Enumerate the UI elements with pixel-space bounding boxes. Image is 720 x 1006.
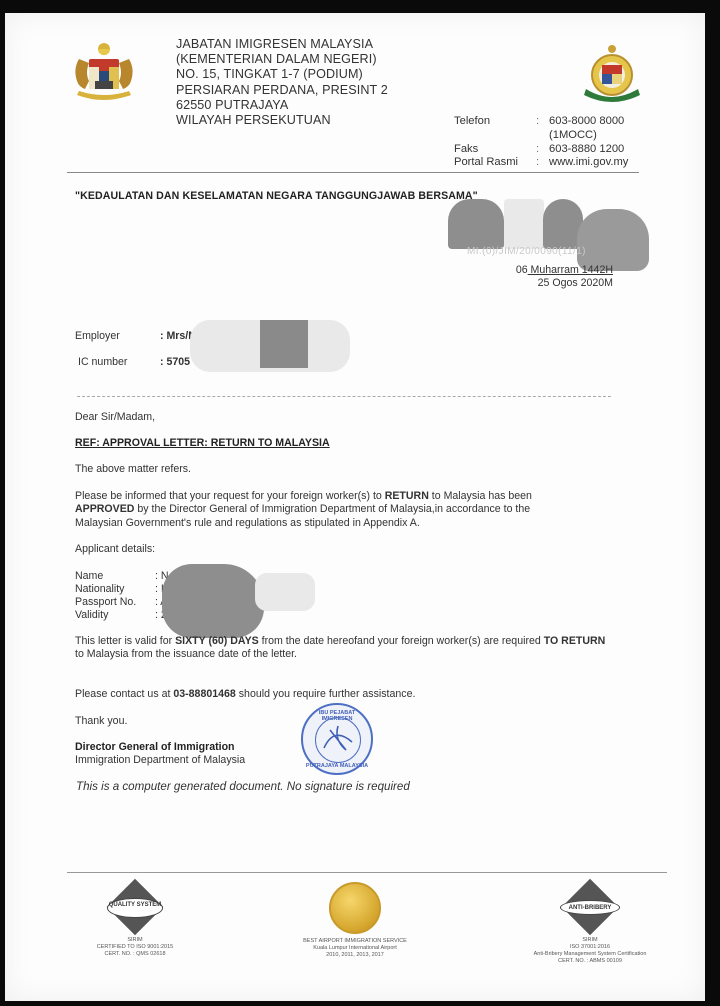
award-line: Kuala Lumpur International Airport bbox=[290, 945, 420, 952]
portal-label: Portal Rasmi bbox=[454, 156, 536, 170]
contact-paragraph: Please contact us at 03-88801468 should … bbox=[75, 688, 415, 701]
contact-phone: 03-88801468 bbox=[173, 688, 235, 700]
redaction-mark bbox=[162, 564, 264, 638]
text-bold: RETURN bbox=[385, 490, 429, 502]
text: Please contact us at bbox=[75, 688, 173, 700]
section-divider bbox=[77, 396, 611, 397]
faks-value: 603-8880 1200 bbox=[549, 143, 624, 157]
contact-block: Telefon : 603-8000 8000 (1MOCC) Faks : 6… bbox=[454, 115, 628, 170]
address-line: NO. 15, TINGKAT 1-7 (PODIUM) bbox=[176, 67, 388, 82]
gregorian-date: 25 Ogos 2020M bbox=[516, 277, 613, 290]
thanks: Thank you. bbox=[75, 715, 127, 728]
portal-link[interactable]: www.imi.gov.my bbox=[549, 156, 628, 170]
ic-value: : 5705 bbox=[160, 356, 190, 368]
department-address: JABATAN IMIGRESEN MALAYSIA (KEMENTERIAN … bbox=[176, 37, 388, 128]
reference-number: MI.(0)/JIM/20/0090(11/1) bbox=[467, 246, 586, 257]
text: Please be informed that your request for… bbox=[75, 490, 385, 502]
text: to Malaysia has been bbox=[429, 490, 532, 502]
award-line: BEST AIRPORT IMMIGRATION SERVICE bbox=[290, 938, 420, 945]
applicant-details: Name: N Nationality: I Passport No.: A V… bbox=[75, 570, 173, 622]
text-bold: TO RETURN bbox=[544, 635, 606, 647]
redaction-mark bbox=[260, 320, 308, 368]
cert-org: SIRIM bbox=[85, 937, 185, 944]
letter-page: JABATAN IMIGRESEN MALAYSIA (KEMENTERIAN … bbox=[5, 13, 705, 1001]
cert-line: ISO 37001:2016 bbox=[520, 944, 660, 951]
address-line: (KEMENTERIAN DALAM NEGERI) bbox=[176, 52, 388, 67]
computer-generated-note: This is a computer generated document. N… bbox=[76, 780, 410, 793]
signatory-dept: Immigration Department of Malaysia bbox=[75, 754, 245, 767]
hijri-date: Muharram 1442H bbox=[528, 264, 613, 276]
address-line: 62550 PUTRAJAYA bbox=[176, 98, 388, 113]
address-line: JABATAN IMIGRESEN MALAYSIA bbox=[176, 37, 388, 52]
hijri-day: 06 bbox=[516, 264, 528, 276]
approval-paragraph: Please be informed that your request for… bbox=[75, 490, 575, 530]
quality-system-cert: QUALITY SYSTEM SIRIM CERTIFIED TO ISO 90… bbox=[85, 879, 185, 958]
best-airport-award: BEST AIRPORT IMMIGRATION SERVICE Kuala L… bbox=[290, 882, 420, 959]
text: should you require further assistance. bbox=[236, 688, 416, 700]
redaction-mark bbox=[448, 199, 504, 249]
applicant-heading: Applicant details: bbox=[75, 543, 155, 556]
field-label: Nationality bbox=[75, 583, 155, 596]
quality-badge-label: QUALITY SYSTEM bbox=[107, 898, 163, 918]
faks-label: Faks bbox=[454, 143, 536, 157]
signatory-title: Director General of Immigration bbox=[75, 741, 235, 754]
telefon-value: 603-8000 8000 bbox=[549, 115, 624, 129]
motto: "KEDAULATAN DAN KESELAMATAN NEGARA TANGG… bbox=[75, 190, 478, 202]
telefon-value-2: (1MOCC) bbox=[549, 129, 597, 143]
footer-divider bbox=[67, 872, 667, 873]
validity-paragraph: This letter is valid for SIXTY (60) DAYS… bbox=[75, 635, 610, 662]
header-divider bbox=[67, 172, 639, 173]
cert-line: Anti-Bribery Management System Certifica… bbox=[520, 951, 660, 958]
separator: : bbox=[536, 115, 549, 129]
text: This letter is valid for bbox=[75, 635, 175, 647]
text: to Malaysia from the issuance date of th… bbox=[75, 648, 297, 660]
text-bold: SIXTY (60) DAYS bbox=[175, 635, 259, 647]
ref-title: REF: APPROVAL LETTER: RETURN TO MALAYSIA bbox=[75, 437, 330, 450]
text-bold: APPROVED bbox=[75, 503, 134, 515]
field-label: Validity bbox=[75, 609, 155, 622]
redaction-mark bbox=[504, 199, 544, 249]
telefon-label: Telefon bbox=[454, 115, 536, 129]
official-stamp: IBU PEJABAT IMIGRESEN PUTRAJAYA MALAYSIA bbox=[301, 703, 373, 775]
field-label: Passport No. bbox=[75, 596, 155, 609]
stamp-emblem-icon bbox=[315, 717, 361, 763]
ic-label: IC number bbox=[78, 356, 127, 368]
employer-label: Employer bbox=[75, 330, 120, 342]
award-medal-icon bbox=[329, 882, 381, 934]
separator: : bbox=[536, 143, 549, 157]
anti-bribery-badge-label: ANTI-BRIBERY bbox=[560, 900, 620, 915]
salutation: Dear Sir/Madam, bbox=[75, 411, 155, 424]
immigration-department-crest-icon bbox=[582, 43, 642, 107]
cert-org: SIRIM bbox=[520, 937, 660, 944]
address-line: WILAYAH PERSEKUTUAN bbox=[176, 113, 388, 128]
cert-line: CERT. NO. : ABMS 00109 bbox=[520, 958, 660, 965]
text: by the Director General of Immigration D… bbox=[75, 503, 530, 528]
award-line: 2010, 2011, 2013, 2017 bbox=[290, 952, 420, 959]
anti-bribery-cert: ANTI-BRIBERY SIRIM ISO 37001:2016 Anti-B… bbox=[520, 879, 660, 965]
address-line: PERSIARAN PERDANA, PRESINT 2 bbox=[176, 83, 388, 98]
malaysia-coat-of-arms-icon bbox=[67, 41, 141, 105]
cert-line: CERT. NO. : QMS 02618 bbox=[85, 951, 185, 958]
letter-date: 06 Muharram 1442H 25 Ogos 2020M bbox=[516, 264, 613, 290]
stamp-bottom-text: PUTRAJAYA MALAYSIA bbox=[303, 763, 371, 769]
field-label: Name bbox=[75, 570, 155, 583]
text: from the date hereofand your foreign wor… bbox=[259, 635, 544, 647]
intro-text: The above matter refers. bbox=[75, 463, 191, 476]
separator: : bbox=[536, 156, 549, 170]
redaction-mark bbox=[577, 209, 649, 271]
redaction-mark bbox=[255, 573, 315, 611]
cert-line: CERTIFIED TO ISO 9001:2015 bbox=[85, 944, 185, 951]
